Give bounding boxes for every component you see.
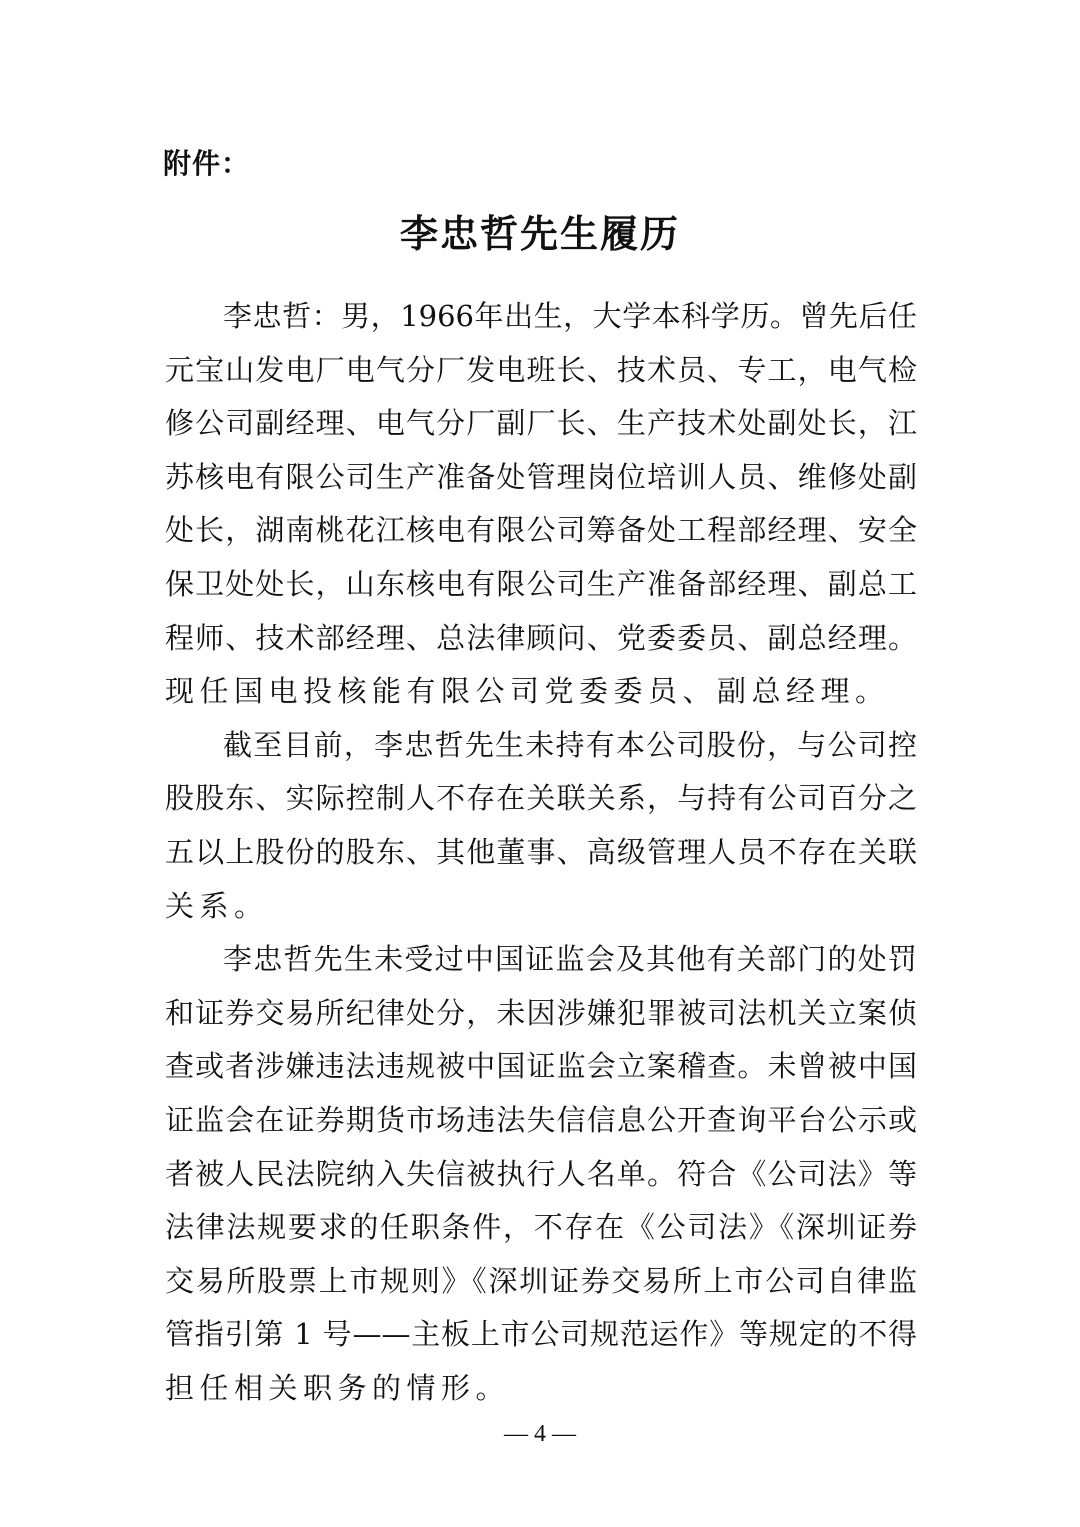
resume-body: 李忠哲：男，1966年出生，大学本科学历。曾先后任 元宝山发电厂电气分厂发电班长… xyxy=(165,290,917,1415)
text-line: 李忠哲：男，1966年出生，大学本科学历。曾先后任 xyxy=(165,290,917,344)
text-line: 股股东、实际控制人不存在关联关系，与持有公司百分之 xyxy=(165,772,917,826)
text-line: 管指引第 1 号——主板上市公司规范运作》等规定的不得 xyxy=(165,1308,917,1362)
text-line: 程师、技术部经理、总法律顾问、党委委员、副总经理。 xyxy=(165,612,917,666)
text-line: 证监会在证券期货市场违法失信信息公开查询平台公示或 xyxy=(165,1094,917,1148)
paragraph-compliance: 李忠哲先生未受过中国证监会及其他有关部门的处罚 和证券交易所纪律处分，未因涉嫌犯… xyxy=(165,933,917,1415)
paragraph-biography: 李忠哲：男，1966年出生，大学本科学历。曾先后任 元宝山发电厂电气分厂发电班长… xyxy=(165,290,917,719)
text-line: 苏核电有限公司生产准备处管理岗位培训人员、维修处副 xyxy=(165,451,917,505)
page-number: — 4 — xyxy=(0,1418,1080,1450)
text-line: 现任国电投核能有限公司党委委员、副总经理。 xyxy=(165,665,917,719)
text-line: 法律法规要求的任职条件，不存在《公司法》《深圳证券 xyxy=(165,1201,917,1255)
text-line: 元宝山发电厂电气分厂发电班长、技术员、专工，电气检 xyxy=(165,344,917,398)
text-line: 担任相关职务的情形。 xyxy=(165,1362,917,1416)
paragraph-shareholding: 截至目前，李忠哲先生未持有本公司股份，与公司控 股股东、实际控制人不存在关联关系… xyxy=(165,719,917,933)
text-line: 和证券交易所纪律处分，未因涉嫌犯罪被司法机关立案侦 xyxy=(165,987,917,1041)
text-line: 保卫处处长，山东核电有限公司生产准备部经理、副总工 xyxy=(165,558,917,612)
text-line: 李忠哲先生未受过中国证监会及其他有关部门的处罚 xyxy=(165,933,917,987)
text-line: 者被人民法院纳入失信被执行人名单。符合《公司法》等 xyxy=(165,1148,917,1202)
text-line: 查或者涉嫌违法违规被中国证监会立案稽查。未曾被中国 xyxy=(165,1040,917,1094)
text-line: 关系。 xyxy=(165,880,917,934)
text-line: 五以上股份的股东、其他董事、高级管理人员不存在关联 xyxy=(165,826,917,880)
text-line: 交易所股票上市规则》《深圳证券交易所上市公司自律监 xyxy=(165,1255,917,1309)
text-line: 处长，湖南桃花江核电有限公司筹备处工程部经理、安全 xyxy=(165,504,917,558)
document-title: 李忠哲先生履历 xyxy=(0,206,1080,262)
attachment-label: 附件： xyxy=(163,144,250,184)
text-line: 修公司副经理、电气分厂副厂长、生产技术处副处长，江 xyxy=(165,397,917,451)
text-line: 截至目前，李忠哲先生未持有本公司股份，与公司控 xyxy=(165,719,917,773)
